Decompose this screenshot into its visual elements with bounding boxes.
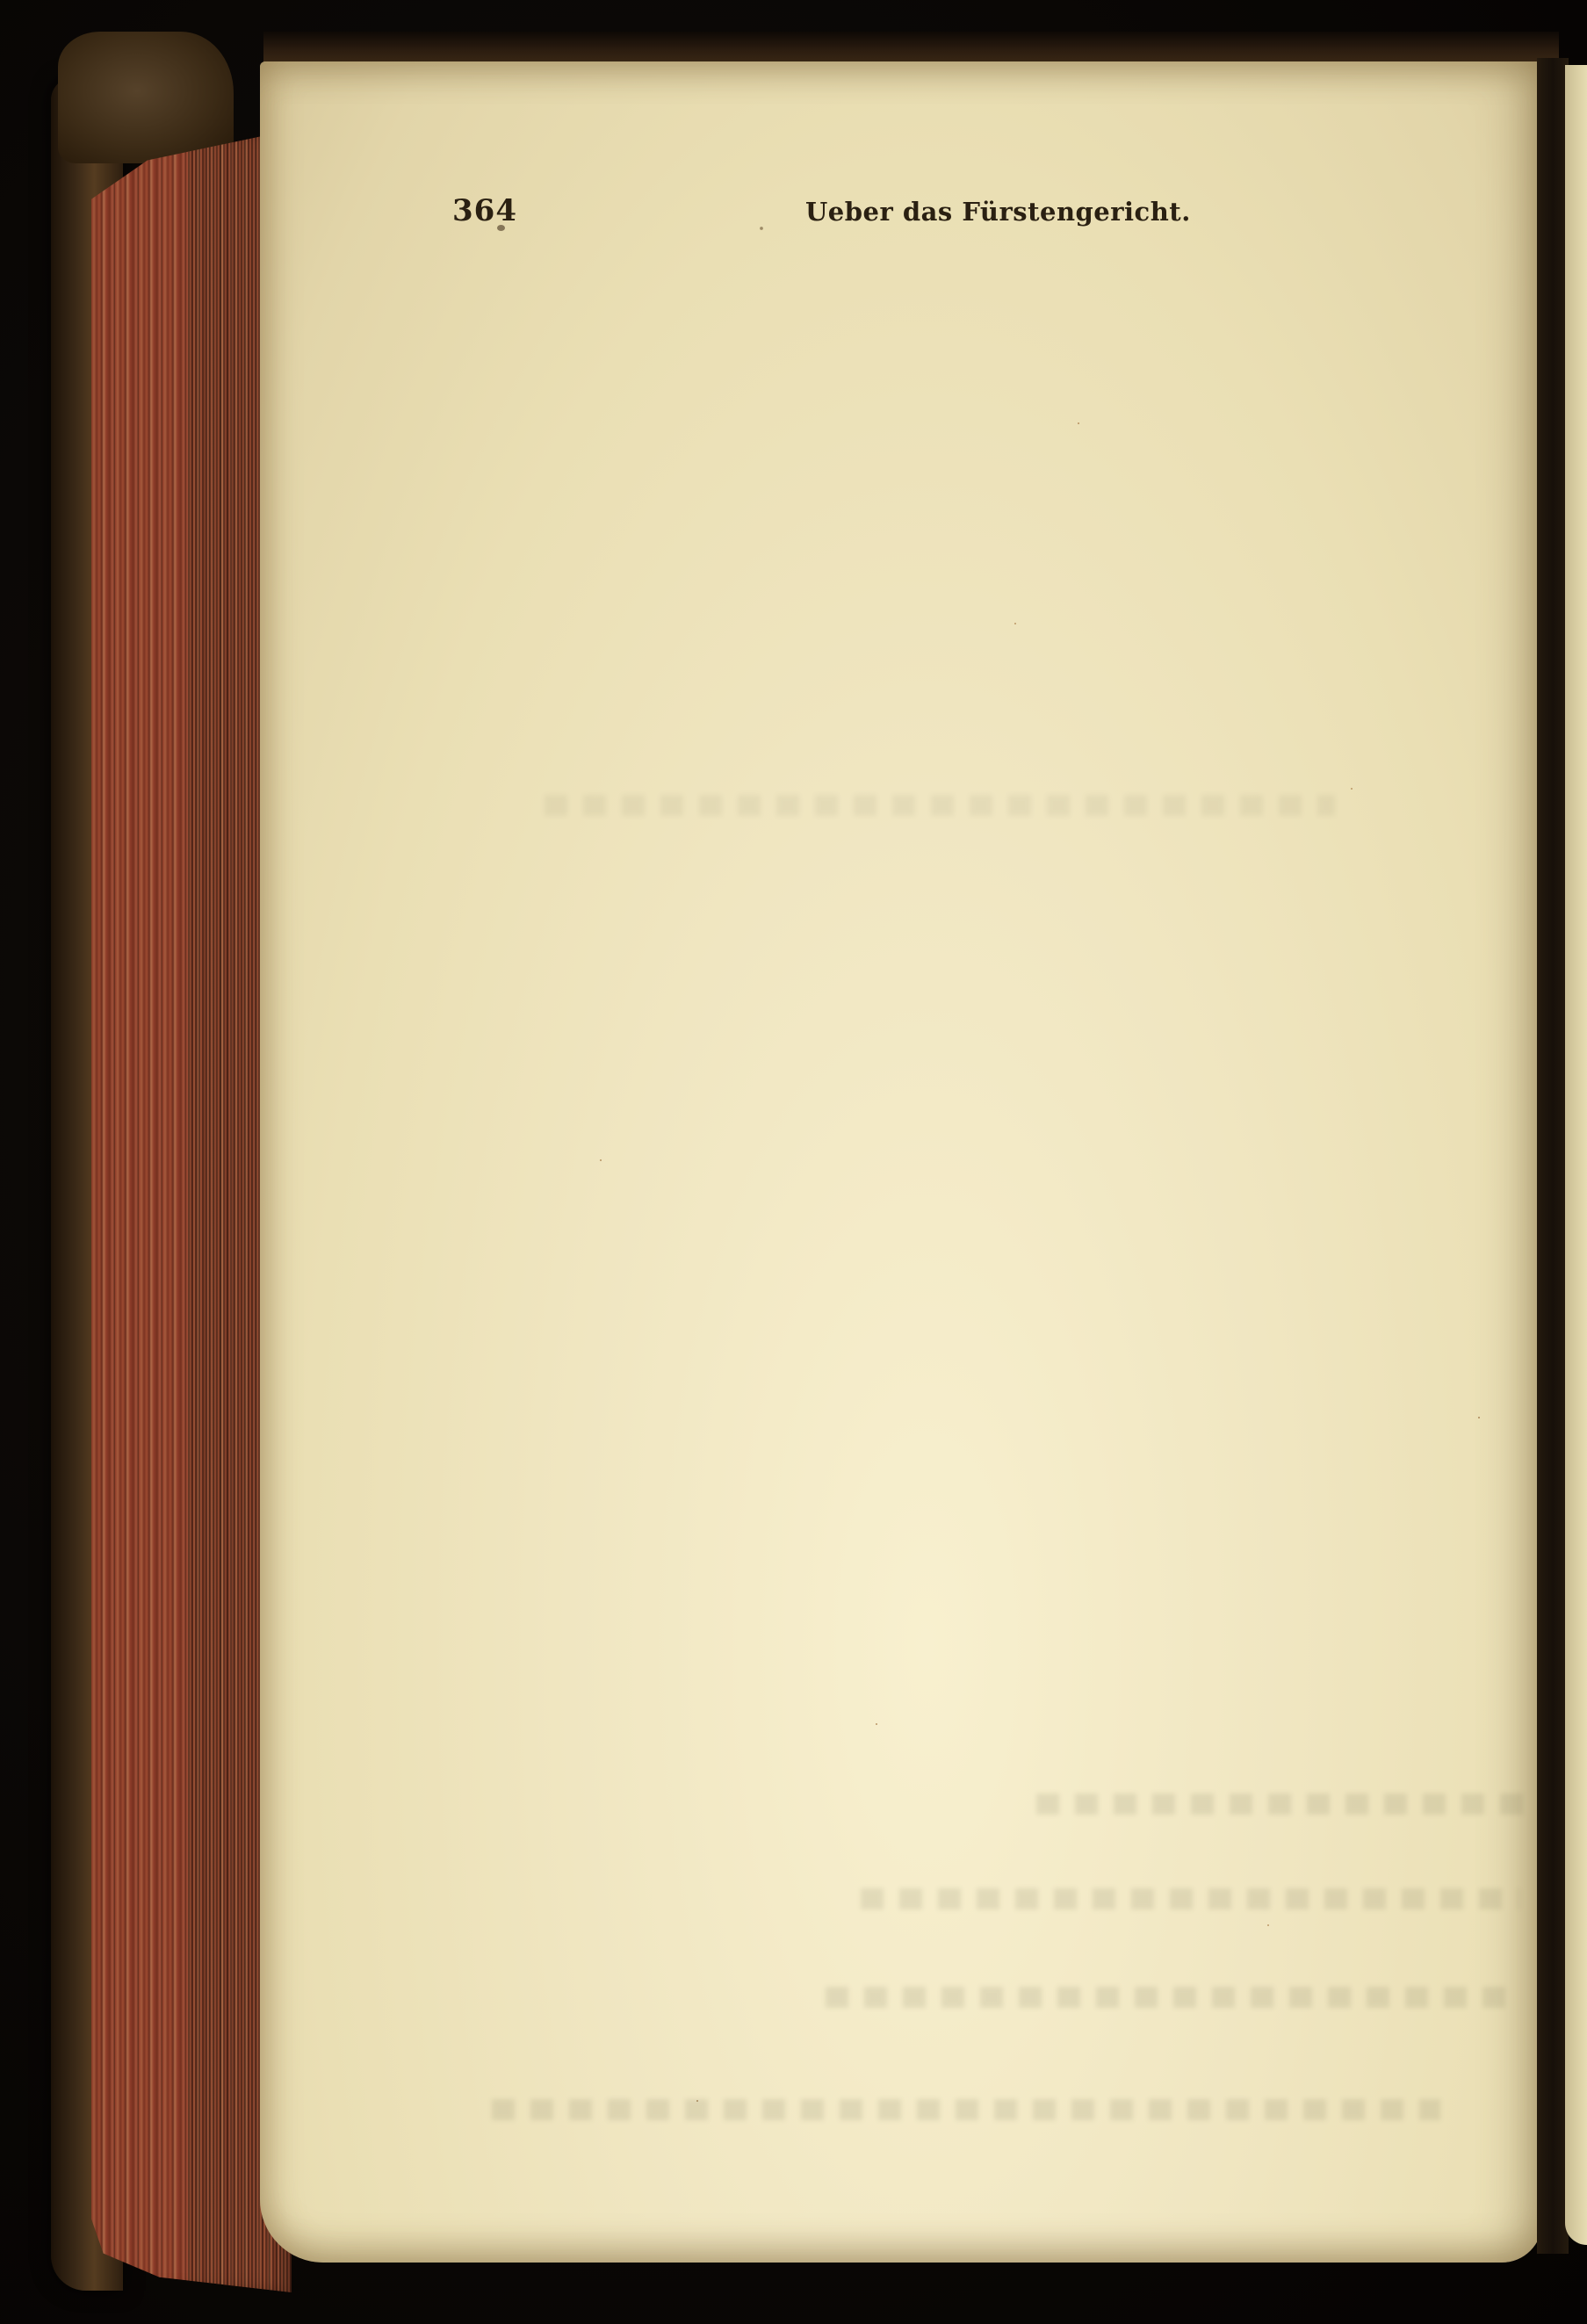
body-line: [400, 265, 1436, 310]
running-title: Ueber das Fürstengericht.: [805, 197, 1191, 227]
body-line: [400, 1296, 1436, 1340]
body-line: [400, 848, 1436, 892]
body-line: [400, 1385, 1436, 1430]
body-line: [400, 1072, 1436, 1116]
body-line: [400, 1161, 1436, 1206]
footnote-line: [400, 1999, 1443, 2029]
body-line: [400, 310, 1436, 355]
scanned-book-page: 364 Ueber das Fürstengericht.: [0, 0, 1587, 2324]
body-line: [400, 892, 1436, 937]
body-line: [400, 579, 1436, 624]
footnote-line: [400, 2029, 1443, 2059]
footnote-line: [400, 1820, 1443, 1850]
body-line: [400, 1654, 1436, 1699]
body-line: [400, 937, 1436, 982]
body-line: [400, 1475, 1436, 1519]
body-line: [400, 1340, 1436, 1385]
footnote-line: [400, 1850, 1443, 1880]
body-line: [400, 400, 1436, 444]
body-line: [400, 982, 1436, 1027]
body-line: [400, 1251, 1436, 1296]
body-line: [400, 534, 1436, 579]
body-line: [400, 713, 1436, 758]
footnote-line: [400, 1969, 1443, 1999]
body-line: [400, 624, 1436, 668]
body-line: [400, 1519, 1436, 1564]
body-line: [400, 758, 1436, 803]
footnotes: [400, 1760, 1443, 2059]
body-line: [400, 1430, 1436, 1475]
next-page-sliver: [1565, 65, 1587, 2245]
body-line: [400, 489, 1436, 534]
body-line: [400, 1027, 1436, 1072]
footnote-line: [400, 1939, 1443, 1969]
footnote-line: [400, 1909, 1443, 1939]
body-text: [400, 265, 1436, 1743]
body-line: [400, 444, 1436, 489]
body-line: [400, 1206, 1436, 1251]
page-number: 364: [452, 193, 517, 228]
gutter-shadow: [1537, 58, 1569, 2254]
body-line: [400, 355, 1436, 400]
footnote-line: [400, 1760, 1443, 1790]
body-line: [400, 1116, 1436, 1161]
running-head: 364 Ueber das Fürstengericht.: [400, 193, 1436, 232]
footnote-line: [400, 1790, 1443, 1820]
body-line: [400, 1699, 1436, 1743]
body-line: [400, 1564, 1436, 1609]
body-line: [400, 668, 1436, 713]
body-line: [400, 1609, 1436, 1654]
footnote-line: [400, 1880, 1443, 1909]
body-line: [400, 803, 1436, 848]
